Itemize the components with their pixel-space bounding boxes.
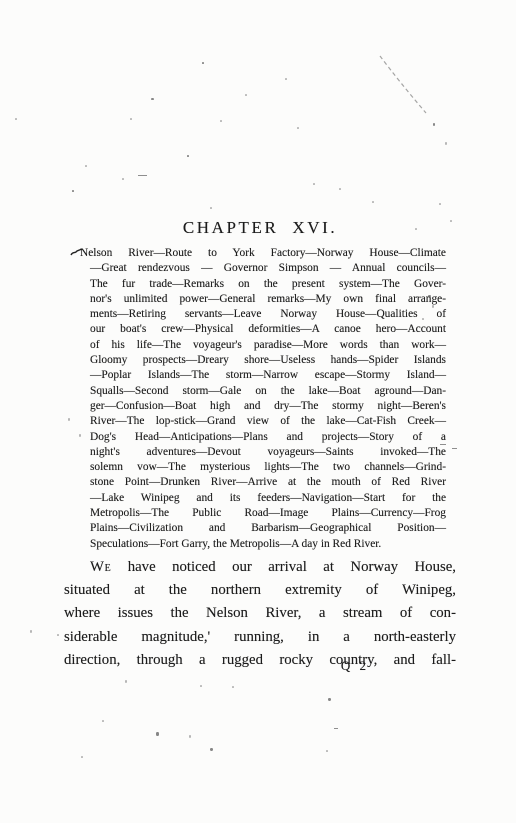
scan-speck bbox=[445, 142, 447, 145]
scan-speck bbox=[328, 698, 331, 701]
scan-speck bbox=[81, 756, 83, 758]
scan-speck bbox=[210, 207, 212, 209]
scan-speck bbox=[156, 732, 159, 736]
scan-speck bbox=[210, 748, 213, 751]
scan-speck bbox=[372, 201, 374, 203]
summary-line: Plains—Civilization and Barbarism—Geogra… bbox=[90, 521, 446, 536]
scan-speck bbox=[68, 418, 70, 421]
summary-line: The fur trade—Remarks on the present sys… bbox=[90, 277, 446, 292]
chapter-summary: Nelson River—Route to York Factory—Norwa… bbox=[90, 246, 446, 552]
summary-line: —Lake Winipeg and its feeders—Navigation… bbox=[90, 491, 446, 506]
scan-speck bbox=[187, 155, 189, 157]
summary-line: Metropolis—The Public Road—Image Plains—… bbox=[90, 506, 446, 521]
scan-speck bbox=[72, 190, 74, 192]
body-line: We have noticed our arrival at Norway Ho… bbox=[64, 556, 456, 579]
summary-line: River—The lop-stick—Grand view of the la… bbox=[90, 414, 446, 429]
scan-speck bbox=[202, 62, 204, 64]
body-line: where issues the Nelson River, a stream … bbox=[64, 602, 456, 625]
scan-speck bbox=[122, 178, 124, 180]
chapter-body: We have noticed our arrival at Norway Ho… bbox=[64, 556, 456, 672]
summary-line: Nelson River—Route to York Factory—Norwa… bbox=[80, 246, 446, 261]
scan-speck bbox=[285, 78, 287, 80]
scan-speck bbox=[450, 220, 452, 222]
signature-mark: Q 2 bbox=[64, 658, 456, 674]
summary-line: night's adventures—Devout voyageurs—Sain… bbox=[90, 445, 446, 460]
book-page: CHAPTER XVI. Nelson River—Route to York … bbox=[0, 0, 516, 823]
summary-line: Gloomy prospects—Dreary shore—Useless ha… bbox=[90, 353, 446, 368]
scan-speck bbox=[130, 118, 132, 120]
summary-line: Dog's Head—Anticipations—Plans and proje… bbox=[90, 430, 446, 445]
summary-line: —Great rendezvous — Governor Simpson — A… bbox=[90, 261, 446, 276]
summary-line: solemn vow—The mysterious lights—The two… bbox=[90, 460, 446, 475]
scan-speck bbox=[85, 165, 87, 167]
scan-speck bbox=[422, 318, 424, 320]
scan-speck bbox=[30, 630, 32, 633]
summary-line: our boat's crew—Physical deformities—A c… bbox=[90, 322, 446, 337]
summary-line: of his life—The voyageur's paradise—More… bbox=[90, 338, 446, 353]
scan-speck bbox=[428, 295, 431, 297]
scan-speck bbox=[440, 444, 446, 445]
summary-line: ger—Confusion—Boat high and dry—The stor… bbox=[90, 399, 446, 414]
scan-speck bbox=[334, 728, 338, 729]
summary-line: stone Point—Drunken River—Arrive at the … bbox=[90, 475, 446, 490]
scan-speck bbox=[138, 175, 147, 176]
scan-speck bbox=[220, 120, 222, 122]
scan-speck bbox=[102, 720, 104, 722]
scan-speck bbox=[57, 634, 59, 636]
scan-speck bbox=[15, 118, 17, 120]
scan-speck bbox=[313, 183, 315, 185]
summary-line: —Poplar Islands—The storm—Narrow escape—… bbox=[90, 368, 446, 383]
pencil-stroke-icon bbox=[376, 52, 432, 118]
scan-speck bbox=[432, 305, 434, 308]
scan-speck bbox=[189, 735, 191, 738]
summary-line: nor's unlimited power—General remarks—My… bbox=[90, 292, 446, 307]
scan-speck bbox=[245, 94, 247, 96]
scan-speck bbox=[125, 680, 127, 683]
scan-speck bbox=[232, 686, 234, 688]
summary-line: Squalls—Second storm—Gale on the lake—Bo… bbox=[90, 384, 446, 399]
scan-speck bbox=[433, 123, 435, 126]
scan-speck bbox=[339, 188, 341, 190]
body-line: situated at the northern extremity of Wi… bbox=[64, 579, 456, 602]
summary-line: ments—Retiring servants—Leave Norway Hou… bbox=[90, 307, 446, 322]
chapter-heading: CHAPTER XVI. bbox=[64, 218, 456, 238]
scan-speck bbox=[452, 448, 457, 449]
scan-speck bbox=[297, 127, 299, 129]
scan-speck bbox=[151, 98, 154, 100]
opening-word: We bbox=[90, 559, 111, 575]
scan-speck bbox=[326, 750, 328, 752]
body-line: siderable magnitude,' running, in a nort… bbox=[64, 626, 456, 649]
scan-speck bbox=[79, 434, 81, 437]
scan-speck bbox=[415, 228, 417, 230]
body-line-text: have noticed our arrival at Norway House… bbox=[128, 559, 456, 575]
scan-speck bbox=[200, 685, 202, 687]
summary-line: Speculations—Fort Garry, the Metropolis—… bbox=[90, 537, 446, 552]
scan-speck bbox=[439, 203, 441, 205]
